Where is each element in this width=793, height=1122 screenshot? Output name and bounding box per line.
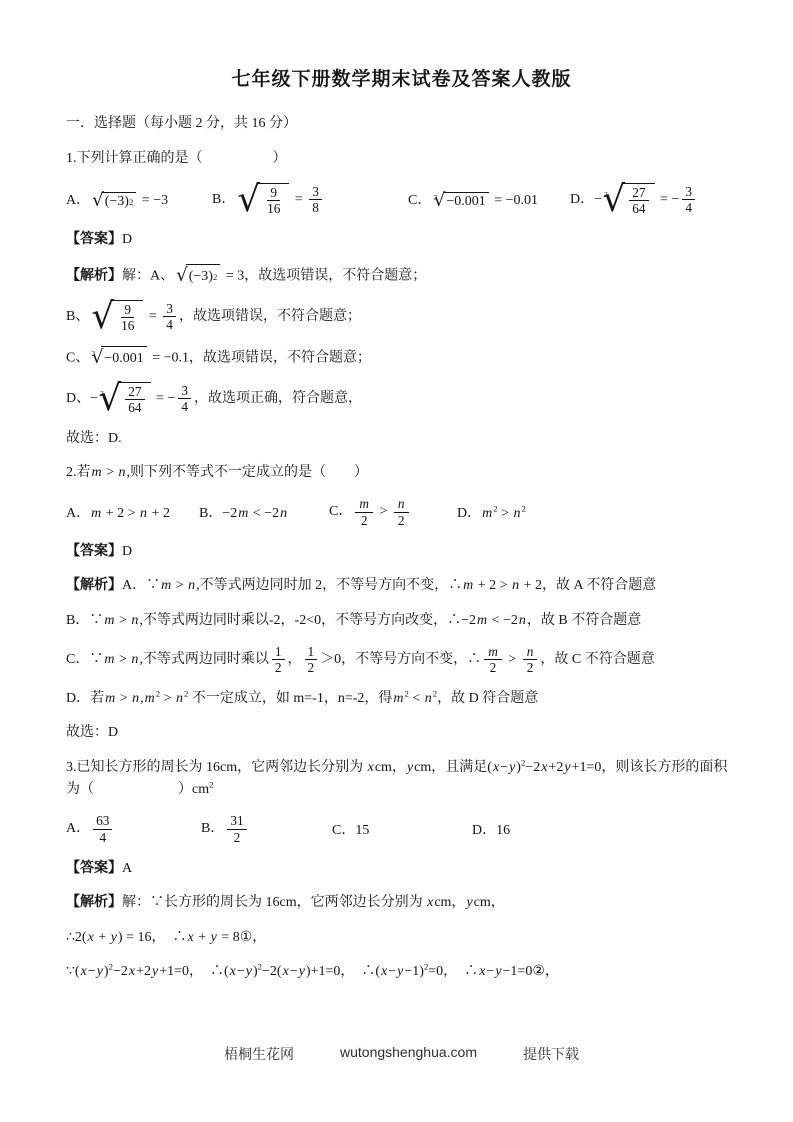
q1-analysis-line-2: B、√916 = 34，故选项错误，不符合题意； — [66, 300, 737, 334]
q1-option-b: B．√916 = 38 — [212, 183, 408, 217]
q1-option-c: C．3√−0.001 = −0.01 — [408, 189, 570, 210]
q3-analysis-line-2: ∴2(x + y) = 16， ∴x + y = 8①， — [66, 927, 737, 949]
footer-site-url: wutongshenghua.com — [340, 1044, 477, 1064]
q3-option-d: D．16 — [472, 819, 737, 839]
q1-analysis-line-4: D、−3√2764 = −34，故选项正确，符合题意， — [66, 382, 737, 416]
q2-analysis-line-2: B．∵m > n,不等式两边同时乘以-2，-2<0，不等号方向改变，∴−2m <… — [66, 610, 737, 632]
q3-analysis-line-3: ∵(x−y)2−2x+2y+1=0， ∴(x−y)2−2(x−y)+1=0， ∴… — [66, 961, 737, 983]
q1-analysis-conclusion: 故选：D. — [66, 428, 737, 450]
q2-stem: 2.若m > n,则下列不等式不一定成立的是（ ） — [66, 462, 737, 484]
q2-answer: 【答案】D — [66, 541, 737, 563]
q2-analysis-line-1: 【解析】A．∵m > n,不等式两边同时加 2，不等号方向不变，∴m + 2 >… — [66, 575, 737, 597]
q3-option-a: A．634 — [66, 813, 201, 845]
footer-site-name: 梧桐生花网 — [224, 1044, 294, 1064]
q3-stem: 3.已知长方形的周长为 16cm，它两邻边长分别为 xcm，ycm，且满足(x−… — [66, 757, 737, 802]
page-footer: 梧桐生花网 wutongshenghua.com 提供下载 — [66, 1044, 737, 1122]
q1-option-a: A．√(−3)2 = −3 — [66, 189, 212, 210]
q2-option-b: B．−2m < −2n — [199, 502, 329, 522]
q1-analysis-line-1: 【解析】解：A、√(−3)2 = 3，故选项错误，不符合题意； — [66, 264, 737, 288]
exam-document-page: 七年级下册数学期末试卷及答案人教版 一．选择题（每小题 2 分，共 16 分） … — [0, 0, 793, 1122]
q3-answer: 【答案】A — [66, 858, 737, 880]
section-header: 一．选择题（每小题 2 分，共 16 分） — [66, 113, 737, 135]
q1-options: A．√(−3)2 = −3 B．√916 = 38 C．3√−0.001 = −… — [66, 183, 737, 217]
q1-analysis-line-3: C、3√−0.001 = −0.1，故选项错误，不符合题意； — [66, 346, 737, 370]
q1-option-d: D．−3√2764 = −34 — [570, 183, 737, 217]
q3-options: A．634 B．312 C．15 D．16 — [66, 813, 737, 845]
q2-options: A．m + 2 > n + 2 B．−2m < −2n C．m2 > n2 D．… — [66, 496, 737, 528]
q3-option-c: C．15 — [332, 819, 472, 839]
q2-option-c: C．m2 > n2 — [329, 496, 457, 528]
q1-answer: 【答案】D — [66, 229, 737, 251]
q2-option-a: A．m + 2 > n + 2 — [66, 502, 199, 522]
page-title: 七年级下册数学期末试卷及答案人教版 — [66, 64, 737, 91]
q2-option-d: D．m2 > n2 — [457, 502, 737, 522]
q2-analysis-line-3: C．∵m > n,不等式两边同时乘以12，12＞0，不等号方向不变，∴m2 > … — [66, 644, 737, 676]
q3-option-b: B．312 — [201, 813, 332, 845]
q1-stem: 1.下列计算正确的是（ ） — [66, 148, 737, 170]
q3-analysis-line-1: 【解析】解：∵长方形的周长为 16cm，它两邻边长分别为 xcm，ycm， — [66, 892, 737, 914]
footer-download-note: 提供下载 — [523, 1044, 579, 1064]
q2-analysis-line-4: D．若m > n,m2 > n2 不一定成立，如 m=-1，n=-2，得m2 <… — [66, 688, 737, 710]
q2-analysis-conclusion: 故选：D — [66, 722, 737, 744]
